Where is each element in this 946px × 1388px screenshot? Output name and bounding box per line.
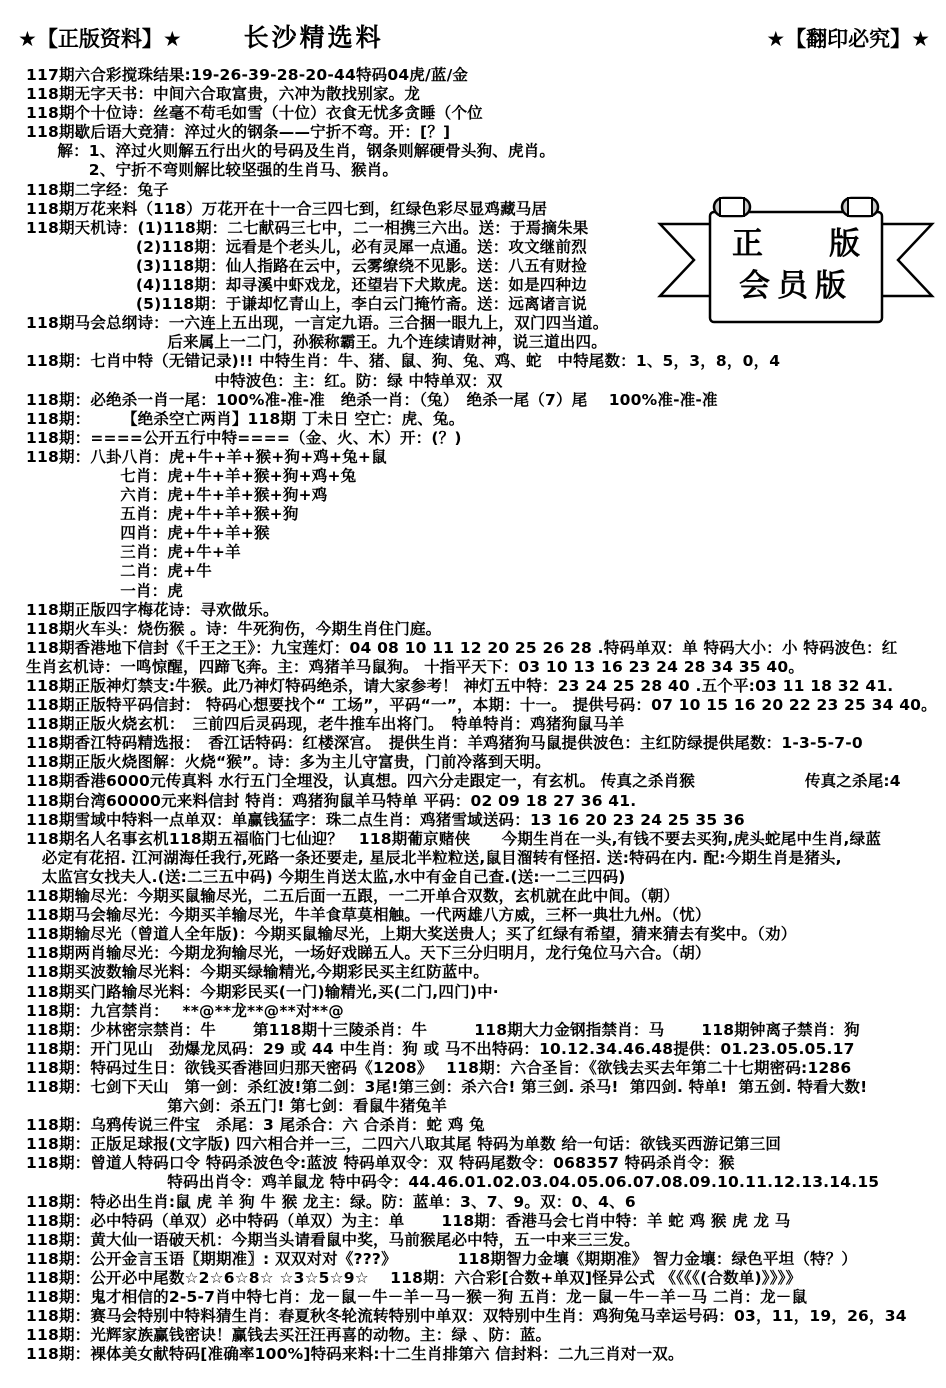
text-line: 118期：必中特码（单双）必中特码（单双）为主：单 118期：香港马会七肖中特：… xyxy=(26,1212,944,1231)
text-line: 118期两肖输尽光：今期龙狗输尽光，一场好戏睇五人。天下三分归明月，龙行兔位马六… xyxy=(26,944,944,963)
text-line: 特码出肖令：鸡羊鼠龙 特中码令：44.46.01.02.03.04.05.06.… xyxy=(26,1173,944,1192)
text-line: 118期正版四字梅花诗：寻欢做乐。 xyxy=(26,601,944,620)
text-line: 必定有花招. 江河湖海任我行,死路一条还要走, 星辰北半粒粒送,鼠目溜转有怪招.… xyxy=(26,849,944,868)
ribbon-char-left: 正 xyxy=(732,218,763,263)
text-line: 118期：鬼才相信的2-5-7肖中特七肖：龙－鼠－牛－羊－马－猴－狗 五肖：龙－… xyxy=(26,1288,944,1307)
text-line: 118期名人名事玄机118期五福临门七仙迎？ 118期葡京赌侠 今期生肖在一头,… xyxy=(26,830,944,849)
text-line: 118期买门路输尽光料：今期彩民买(一门)输精光,买(二门,四门)中· xyxy=(26,983,944,1002)
right-badge: ★【翻印必究】★ xyxy=(766,23,930,53)
text-line: 七肖：虎+牛+羊+猴+狗+鸡+兔 xyxy=(26,467,944,486)
page-header: ★【正版资料】★ 长沙精选料 ★【翻印必究】★ xyxy=(0,0,946,54)
ribbon-text-bottom: 会员版 xyxy=(716,260,876,305)
member-edition-ribbon: 正 版 会员版 xyxy=(650,192,942,326)
text-line: 二肖：虎+牛 xyxy=(26,562,944,581)
text-line: 118期：乌鸦传说三件宝 杀尾：3 尾杀合：六 合杀肖：蛇 鸡 兔 xyxy=(26,1116,944,1135)
text-line: 118期台湾60000元来料信封 特肖：鸡猪狗鼠羊马特单 平码：02 09 18… xyxy=(26,792,944,811)
text-line: 118期：黄大仙一语破天机：今期当头请看鼠中奖，马前猴尾必中特，五一中来三三发。 xyxy=(26,1231,944,1250)
text-line: 118期：裸体美女献特码[准确率100%]特码来料:十二生肖排第六 信封料：二九… xyxy=(26,1345,944,1364)
text-line: 118期：特码过生日：欲钱买香港回归那天密码《1208》 118期：六合圣旨：《… xyxy=(26,1059,944,1078)
text-line: 中特波色：主：红。防：绿 中特单双：双 xyxy=(26,372,944,391)
text-line: 118期正版火烧图解：火烧“猴”。诗：多为主儿守富贵，门前冷落到天明。 xyxy=(26,753,944,772)
text-line: 118期：赛马会特别中特料猜生肖：春夏秋冬轮流转特别中单双：双特别中生肖：鸡狗兔… xyxy=(26,1307,944,1326)
text-line: 2、宁折不弯则解比较坚强的生肖马、猴肖。 xyxy=(26,161,944,180)
text-line: 118期：少林密宗禁肖：牛 第118期十三陵杀肖：牛 118期大力金钢指禁肖：马… xyxy=(26,1021,944,1040)
text-line: 118期：====公开五行中特====（金、火、木）开：(？) xyxy=(26,429,944,448)
text-line: 118期： 【绝杀空亡两肖】118期 丁未日 空亡：虎、兔。 xyxy=(26,410,944,429)
text-line: 六肖：虎+牛+羊+猴+狗+鸡 xyxy=(26,486,944,505)
text-line: 118期歇后语大竞猜：淬过火的钢条——宁折不弯。开：[？] xyxy=(26,123,944,142)
text-line: 118期香港地下信封《千王之王》：九宝莲灯：04 08 10 11 12 20 … xyxy=(26,639,944,658)
text-line: 太监宫女找夫人.(送:二三五中码) 今期生肖送太监,水中有金自己查.(送:一二三… xyxy=(26,868,944,887)
text-line: 118期：公开必中尾数☆2☆6☆8☆ ☆3☆5☆9☆ 118期：六合彩[合数+单… xyxy=(26,1269,944,1288)
text-line: 118期香江特码精选报： 香江话特码：红楼深宫。 提供生肖：羊鸡猪狗马鼠提供波色… xyxy=(26,734,944,753)
text-line: 生肖玄机诗：一鸣惊醒，四蹄飞奔。主：鸡猪羊马鼠狗。 十指平天下：03 10 13… xyxy=(26,658,944,677)
text-line: 118期：特必出生肖:鼠 虎 羊 狗 牛 猴 龙主：绿。防：蓝单：3、7、9。双… xyxy=(26,1193,944,1212)
text-line: 五肖：虎+牛+羊+猴+狗 xyxy=(26,505,944,524)
text-line: 118期：九宫禁肖： **@**龙**@**对**@ xyxy=(26,1002,944,1021)
page-title: 长沙精选料 xyxy=(244,18,384,54)
text-line: 118期：开门见山 劲爆龙凤码：29 或 44 中生肖：狗 或 马不出特码：10… xyxy=(26,1040,944,1059)
text-line: 118期正版神灯禁支:牛猴。此乃神灯特码绝杀，请大家参考！ 神灯五中特：23 2… xyxy=(26,677,944,696)
text-line: 118期火车头：烧伤猴 。诗：牛死狗伤，今期生肖住门庭。 xyxy=(26,620,944,639)
ribbon-text-top: 正 版 xyxy=(732,218,860,263)
left-badge: ★【正版资料】★ xyxy=(18,23,182,53)
text-line: 118期输尽光（曾道人全年版)：今期买鼠输尽光，上期大奖送贵人；买了红绿有希望，… xyxy=(26,925,944,944)
text-line: 118期正版特平码信封： 特码心想要找个“ 工场”，平码“一”，本期：十一。 提… xyxy=(26,696,944,715)
text-line: 118期买波数输尽光料：今期买绿输精光,今期彩民买主红防蓝中。 xyxy=(26,963,944,982)
text-line: 118期雪域中特料一点单双：单赢钱猛字：珠二点生肖：鸡猪雪域送码：13 16 2… xyxy=(26,811,944,830)
text-line: 118期：正版足球报(文字版) 四六相合并一三，二四六八取其尾 特码为单数 给一… xyxy=(26,1135,944,1154)
text-line: 后来属上一二门，孙猴称霸王。九个连续请财神，说三道出四。 xyxy=(26,333,944,352)
text-line: 118期：曾道人特码口令 特码杀波色令:蓝波 特码单双令：双 特码尾数令：068… xyxy=(26,1154,944,1173)
text-line: 118期个十位诗：丝毫不苟毛如雪（十位）衣食无忧多贪睡（个位 xyxy=(26,104,944,123)
text-line: 一肖：虎 xyxy=(26,582,944,601)
text-line: 第六剑：杀五门! 第七剑：看鼠牛猪兔羊 xyxy=(26,1097,944,1116)
text-line: 三肖：虎+牛+羊 xyxy=(26,543,944,562)
text-line: 118期：公开金言玉语〖期期准〗: 双双对对《???》 118期智力金壤《期期准… xyxy=(26,1250,944,1269)
text-line: 四肖：虎+牛+羊+猴 xyxy=(26,524,944,543)
text-line: 118期：七剑下天山 第一剑：杀红波!第二剑：3尾!第三剑：杀六合! 第三剑. … xyxy=(26,1078,944,1097)
text-line: 118期：光辉家族赢钱密诀！赢钱去买汪汪再喜的动物。主：绿 、防：蓝。 xyxy=(26,1326,944,1345)
text-line: 118期：八卦八肖：虎+牛+羊+猴+狗+鸡+兔+鼠 xyxy=(26,448,944,467)
text-line: 118期马会输尽光：今期买羊输尽光，牛羊食草莫相触。一代两雄八方威，三杯一典壮九… xyxy=(26,906,944,925)
text-line: 118期输尽光：今期买鼠输尽光，二五后面一五跟，一二开单合双数，玄机就在此中间。… xyxy=(26,887,944,906)
text-line: 118期正版火烧玄机： 三前四后灵码现，老牛推车出将门。 特单特肖：鸡猪狗鼠马羊 xyxy=(26,715,944,734)
text-line: 118期无字天书：中间六合取富贵，六冲为散找别家。龙 xyxy=(26,85,944,104)
text-line: 解：1、淬过火则解五行出火的号码及生肖，钢条则解硬骨头狗、虎肖。 xyxy=(26,142,944,161)
text-line: 118期：必绝杀一肖一尾：100%准-准-准 绝杀一肖：（兔） 绝杀一尾（7）尾… xyxy=(26,391,944,410)
text-line: 118期香港6000元传真料 水行五门全埋没，认真想。四六分走跟定一，有玄机。 … xyxy=(26,772,944,791)
text-line: 118期：七肖中特（无错记录)!! 中特生肖：牛、猪、鼠、狗、兔、鸡、蛇 中特尾… xyxy=(26,352,944,371)
text-line: 117期六合彩搅珠结果:19-26-39-28-20-44特码04虎/蓝/金 xyxy=(26,66,944,85)
ribbon-char-right: 版 xyxy=(829,218,860,263)
